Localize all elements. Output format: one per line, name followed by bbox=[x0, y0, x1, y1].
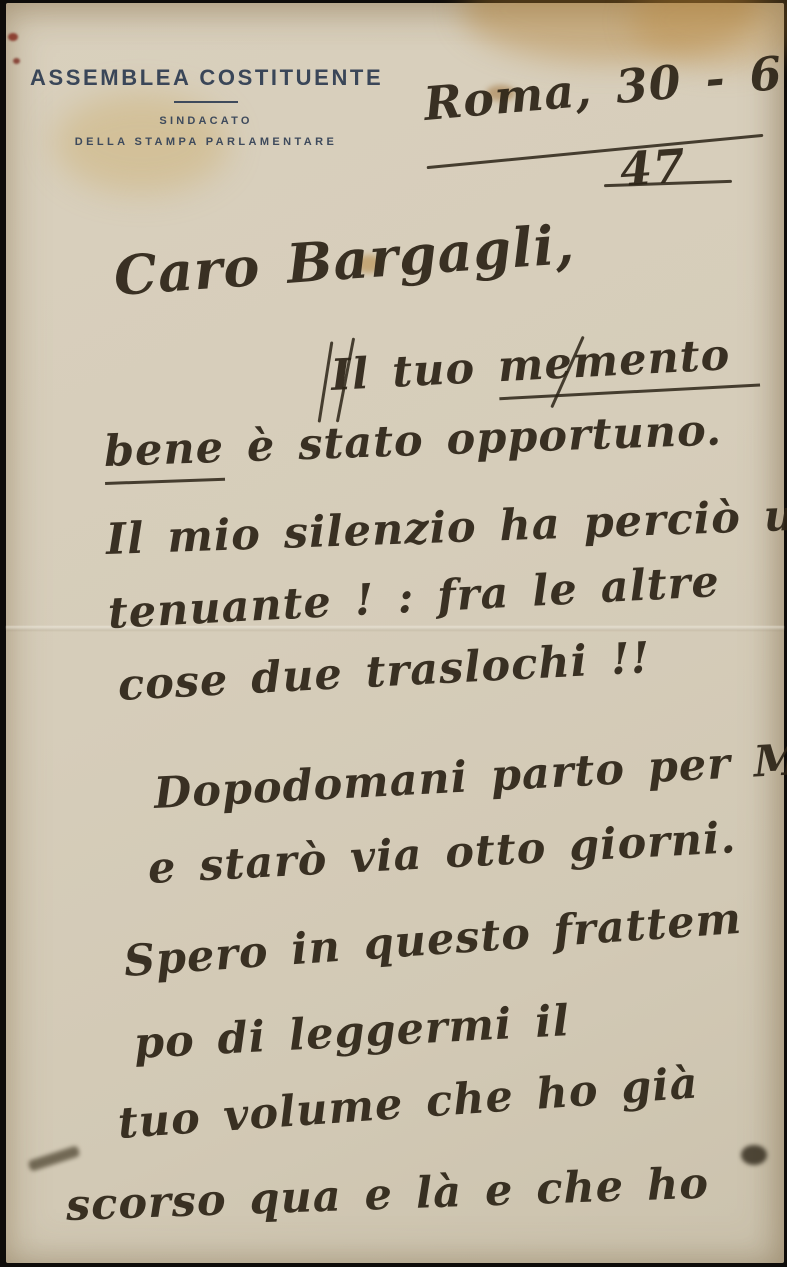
line-text: Dopodomani parto per Milano bbox=[153, 728, 787, 818]
handwritten-line: Il tuo memento bbox=[330, 333, 759, 398]
handwritten-line: e starò via otto giorni. bbox=[147, 817, 738, 891]
underlined-word: bene bbox=[103, 423, 225, 485]
age-stain bbox=[13, 58, 20, 64]
letterhead-subtitle-2: DELLA STAMPA PARLAMENTARE bbox=[30, 136, 382, 148]
line-text: Il tuo bbox=[330, 342, 500, 401]
line-text: e starò via otto giorni. bbox=[147, 813, 738, 894]
line-text: cose due traslochi !! bbox=[117, 633, 652, 711]
handwritten-line: scorso qua e là e che ho bbox=[65, 1163, 709, 1228]
handwritten-line: Il mio silenzio ha perciò un'at bbox=[105, 492, 787, 562]
handwritten-line: tenuante ! : fra le altre bbox=[107, 561, 721, 636]
handwritten-line: cose due traslochi !! bbox=[117, 637, 652, 708]
ink-smudge bbox=[28, 1145, 81, 1172]
salutation: Caro Bargagli, bbox=[112, 217, 576, 303]
underlined-word: memento bbox=[497, 329, 760, 401]
handwritten-line: tuo volume che ho già bbox=[117, 1062, 700, 1145]
line-text: Spero in questo frattem bbox=[122, 894, 743, 987]
line-text: è stato opportuno. bbox=[223, 405, 723, 472]
scanned-letter: ASSEMBLEA COSTITUENTE SINDACATO DELLA ST… bbox=[0, 0, 787, 1267]
age-stain bbox=[8, 33, 18, 41]
line-text: scorso qua e là e che ho bbox=[65, 1159, 710, 1231]
handwritten-line: po di leggermi il bbox=[133, 1000, 571, 1066]
handwritten-line: bene è stato opportuno. bbox=[103, 409, 722, 474]
letterhead-title: ASSEMBLEA COSTITUENTE bbox=[30, 65, 382, 91]
handwritten-line: Spero in questo frattem bbox=[123, 898, 744, 984]
letterhead-subtitle-1: SINDACATO bbox=[30, 115, 382, 127]
date-underline-stroke bbox=[427, 134, 764, 169]
handwritten-line: Dopodomani parto per Milano bbox=[153, 732, 787, 815]
line-text: tuo volume che ho già bbox=[116, 1058, 700, 1148]
letterhead-rule bbox=[174, 101, 238, 103]
line-text: po di leggermi il bbox=[133, 996, 571, 1069]
letter-paper: ASSEMBLEA COSTITUENTE SINDACATO DELLA ST… bbox=[6, 3, 784, 1263]
letterhead: ASSEMBLEA COSTITUENTE SINDACATO DELLA ST… bbox=[30, 65, 382, 148]
handwritten-date-place: Roma, 30 - 6 bbox=[422, 50, 784, 127]
line-text: Il mio silenzio ha perciò un'at bbox=[105, 488, 787, 565]
ink-blot bbox=[741, 1145, 767, 1165]
